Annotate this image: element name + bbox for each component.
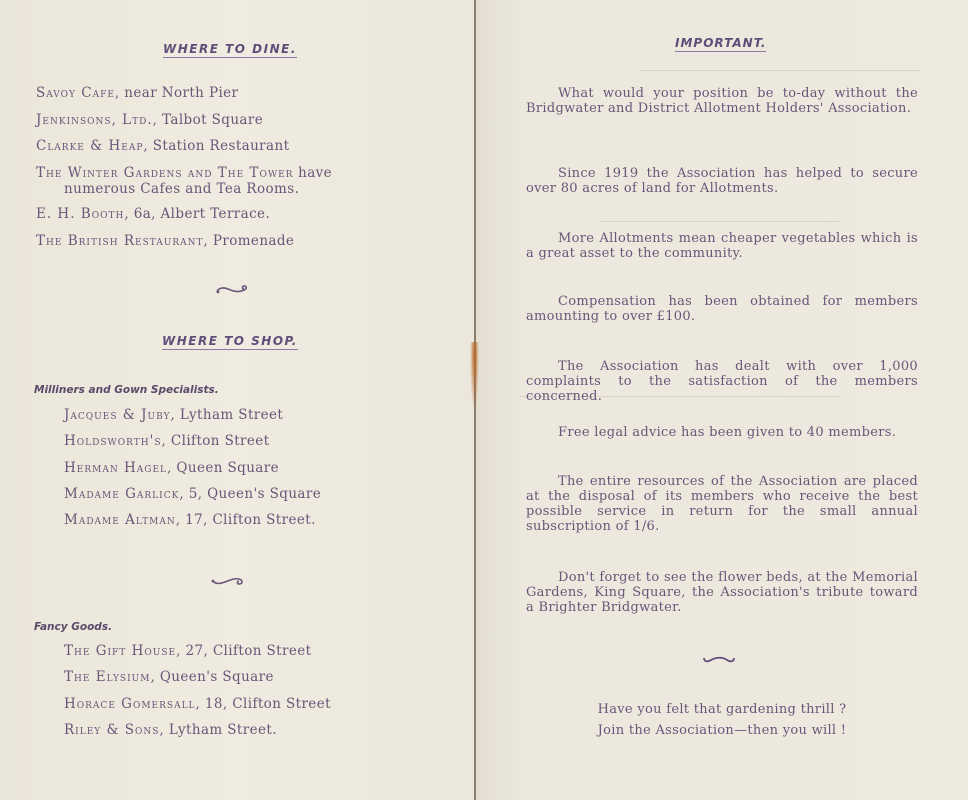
paragraph: Don't forget to see the flower beds, at …: [526, 570, 918, 615]
shop-entry: Horace Gomersall, 18, Clifton Street: [64, 696, 331, 712]
shop-entry: Madame Garlick, 5, Queen's Square: [64, 486, 321, 502]
entry-detail: , 5, Queen's Square: [179, 486, 321, 502]
entry-detail: , Promenade: [203, 233, 294, 249]
entry-name: Madame Altman: [64, 512, 176, 528]
entry-detail: , Station Restaurant: [143, 138, 289, 154]
entry-name: Holdsworth's: [64, 433, 162, 449]
entry-detail: , Queen's Square: [150, 669, 273, 685]
paragraph: Free legal advice has been given to 40 m…: [526, 425, 918, 440]
show-through-rule: [600, 221, 840, 222]
entry-detail: , Talbot Square: [153, 112, 263, 128]
where-to-shop-heading: WHERE TO SHOP.: [162, 334, 298, 350]
paragraph: What would your position be to-day witho…: [526, 86, 918, 116]
show-through-rule: [640, 70, 920, 71]
dine-entry: Savoy Cafe, near North Pier: [36, 85, 238, 101]
entry-detail: , Lytham Street.: [159, 722, 276, 738]
shop-entry: Madame Altman, 17, Clifton Street.: [64, 512, 316, 528]
shop-entry: Riley & Sons, Lytham Street.: [64, 722, 277, 738]
closing-line-2: Join the Association—then you will !: [526, 720, 918, 741]
rust-stain: [470, 342, 479, 412]
swash-ornament-icon: [210, 574, 246, 586]
entry-name: Clarke & Heap: [36, 138, 143, 154]
closing-line-1: Have you felt that gardening thrill ?: [526, 699, 918, 720]
entry-name: Madame Garlick: [64, 486, 179, 502]
entry-name: Jenkinsons, Ltd.: [36, 112, 153, 128]
entry-name: Savoy Cafe: [36, 85, 115, 101]
entry-name: The British Restaurant: [36, 233, 203, 249]
entry-detail: , Clifton Street: [162, 433, 270, 449]
entry-detail: , 18, Clifton Street: [196, 696, 331, 712]
important-heading: IMPORTANT.: [675, 36, 766, 52]
fancy-goods-subheading: Fancy Goods.: [34, 621, 112, 633]
shop-entry: The Elysium, Queen's Square: [64, 669, 274, 685]
swash-ornament-icon: [701, 654, 737, 666]
entry-name: Jacques & Juby: [64, 407, 171, 423]
entry-name: The Elysium: [64, 669, 150, 685]
entry-detail: , Queen Square: [167, 460, 279, 476]
shop-entry: Holdsworth's, Clifton Street: [64, 433, 270, 449]
swash-ornament-icon: [214, 284, 250, 296]
entry-name: Herman Hagel: [64, 460, 167, 476]
entry-name: The Winter Gardens and The Tower: [36, 165, 293, 181]
dine-entry: Clarke & Heap, Station Restaurant: [36, 138, 289, 154]
entry-detail: have: [293, 165, 332, 181]
paragraph: The entire resources of the Association …: [526, 474, 918, 534]
paragraph: Since 1919 the Association has helped to…: [526, 166, 918, 196]
entry-name: Horace Gomersall: [64, 696, 196, 712]
paragraph: Compensation has been obtained for membe…: [526, 294, 918, 324]
entry-name: The Gift House: [64, 643, 176, 659]
where-to-dine-heading: WHERE TO DINE.: [163, 42, 297, 58]
shop-entry: Jacques & Juby, Lytham Street: [64, 407, 283, 423]
milliners-subheading: Milliners and Gown Specialists.: [34, 384, 219, 396]
entry-continuation: numerous Cafes and Tea Rooms.: [36, 181, 332, 197]
paragraph: The Association has dealt with over 1,00…: [526, 359, 918, 404]
entry-detail: , 6a, Albert Terrace.: [124, 206, 270, 222]
closing-slogan: Have you felt that gardening thrill ? Jo…: [526, 699, 918, 741]
dine-entry: The Winter Gardens and The Tower havenum…: [36, 165, 332, 197]
entry-name: Riley & Sons: [64, 722, 159, 738]
paragraph: More Allotments mean cheaper vegetables …: [526, 231, 918, 261]
shop-entry: The Gift House, 27, Clifton Street: [64, 643, 311, 659]
entry-detail: , 27, Clifton Street: [176, 643, 311, 659]
entry-detail: , 17, Clifton Street.: [176, 512, 316, 528]
dine-entry: The British Restaurant, Promenade: [36, 233, 294, 249]
entry-name: E. H. Booth: [36, 206, 124, 222]
dine-entry: E. H. Booth, 6a, Albert Terrace.: [36, 206, 270, 222]
shop-entry: Herman Hagel, Queen Square: [64, 460, 279, 476]
entry-detail: , Lytham Street: [171, 407, 284, 423]
entry-detail: , near North Pier: [115, 85, 239, 101]
dine-entry: Jenkinsons, Ltd., Talbot Square: [36, 112, 263, 128]
